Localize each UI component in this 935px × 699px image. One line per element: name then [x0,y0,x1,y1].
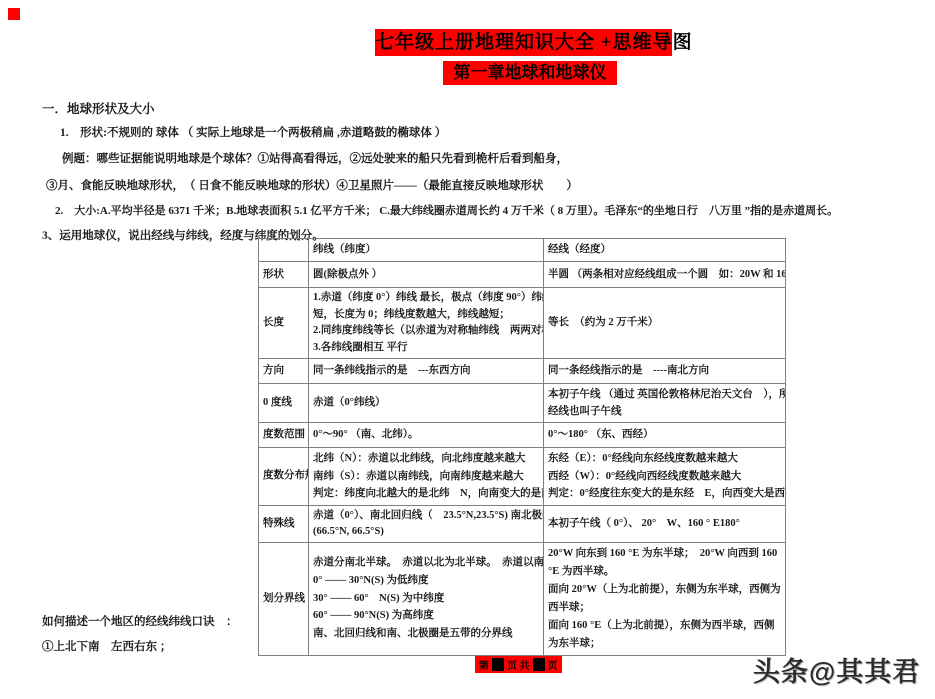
table-row: 0 度线赤道（0°纬线）本初子午线 （通过 英国伦敦格林尼治天文台 ），所以其他… [259,384,786,423]
jingxian-cell: 20°W 向东到 160 °E 为东半球； 20°W 向西到 160 °E 为西… [544,542,786,655]
page-number-box: 第页 共页 [475,656,562,673]
point-size: 2. 大小:A.平均半径是 6371 千米；B.地球表面积 5.1 亿平方千米；… [55,202,838,218]
example-line-2: ③月、食能反映地球形状， （ 日食不能反映地球的形状）④卫星照片——（最能直接反… [46,177,578,193]
row-label: 0 度线 [259,384,309,423]
table-row: 特殊线赤道（0°）、南北回归线（ 23.5°N,23.5°S) 南北极圈(66.… [259,505,786,542]
latitude-longitude-comparison-table: 纬线（纬度）经线（经度）形状圆(除极点外 ）半圆 （两条相对应经线组成一个圆 如… [258,238,786,656]
jingxian-cell: 半圆 （两条相对应经线组成一个圆 如：20W 和 160E ） [544,262,786,288]
weixian-cell: 赤道（0°纬线） [309,384,544,423]
weixian-cell: 圆(除极点外 ） [309,262,544,288]
table-row: 度数范围0°～90° （南、北纬）。0°～180° （东、西经） [259,423,786,448]
corner-red-mark [8,8,20,20]
jingxian-cell: 等长 （约为 2 万千米） [544,288,786,359]
table-header-row: 纬线（纬度）经线（经度） [259,239,786,262]
page-label-text: 页 共 [507,657,530,672]
weixian-cell: 1.赤道（纬度 0°）纬线 最长，极点（纬度 90°）纬线最短，长度为 0；纬线… [309,288,544,359]
jingxian-cell: 本初子午线（ 0°）、 20° W、160 ° E180° [544,505,786,542]
watermark-toutiao: 头条@其其君 [753,650,920,689]
row-label: 长度 [259,288,309,359]
header-blank [259,239,309,262]
weixian-cell: 北纬（N）：赤道以北纬线，向北纬度越来越大南纬（S）：赤道以南纬线，向南纬度越来… [309,448,544,506]
jingxian-cell: 东经（E）：0°经线向东经线度数越来越大西经（W）：0°经线向西经线度数越来越大… [544,448,786,506]
section-heading-earth-shape-size: 一．地球形状及大小 [42,99,155,117]
tip-line-1: ①上北下南 左西右东 ； [42,638,171,654]
row-label: 度数范围 [259,423,309,448]
header-weixian: 纬线（纬度） [309,239,544,262]
weixian-cell: 赤道（0°）、南北回归线（ 23.5°N,23.5°S) 南北极圈(66.5°N… [309,505,544,542]
row-label: 度数分布规律 [259,448,309,506]
weixian-cell: 0°～90° （南、北纬）。 [309,423,544,448]
row-label: 特殊线 [259,505,309,542]
jingxian-cell: 0°～180° （东、西经） [544,423,786,448]
row-label: 方向 [259,359,309,384]
point-shape: 1. 形状:不规则的 球体 （ 实际上地球是一个两极稍扁 ,赤道略鼓的椭球体 ） [60,124,446,140]
chapter-title: 第一章地球和地球仪 [443,61,617,85]
jingxian-cell: 本初子午线 （通过 英国伦敦格林尼治天文台 ），所以其他经线也叫子午线 [544,384,786,423]
page-label-text: 第 [479,657,489,672]
weixian-cell: 同一条纬线指示的是 ---东西方向 [309,359,544,384]
table-row: 划分界线赤道分南北半球。 赤道以北为北半球。 赤道以南为南半球0° —— 30°… [259,542,786,655]
table-row: 形状圆(除极点外 ）半圆 （两条相对应经线组成一个圆 如：20W 和 160E … [259,262,786,288]
table-row: 度数分布规律北纬（N）：赤道以北纬线，向北纬度越来越大南纬（S）：赤道以南纬线，… [259,448,786,506]
document-title: 七年级上册地理知识大全 +思维导图 [375,29,672,56]
page-label-text: 页 [548,657,558,672]
redacted-page-number-block [533,658,545,671]
redacted-page-number-block [492,658,504,671]
jingxian-cell: 同一条经线指示的是 ----南北方向 [544,359,786,384]
header-jingxian: 经线（经度） [544,239,786,262]
row-label: 形状 [259,262,309,288]
weixian-cell: 赤道分南北半球。 赤道以北为北半球。 赤道以南为南半球0° —— 30°N(S)… [309,542,544,655]
example-line-1: 例题：哪些证据能说明地球是个球体？①站得高看得远，②远处驶来的船只先看到桅杆后看… [62,150,568,166]
table-row: 长度1.赤道（纬度 0°）纬线 最长，极点（纬度 90°）纬线最短，长度为 0；… [259,288,786,359]
row-label: 划分界线 [259,542,309,655]
table-row: 方向同一条纬线指示的是 ---东西方向同一条经线指示的是 ----南北方向 [259,359,786,384]
tip-heading: 如何描述一个地区的经线纬线口诀 ： [42,613,238,629]
